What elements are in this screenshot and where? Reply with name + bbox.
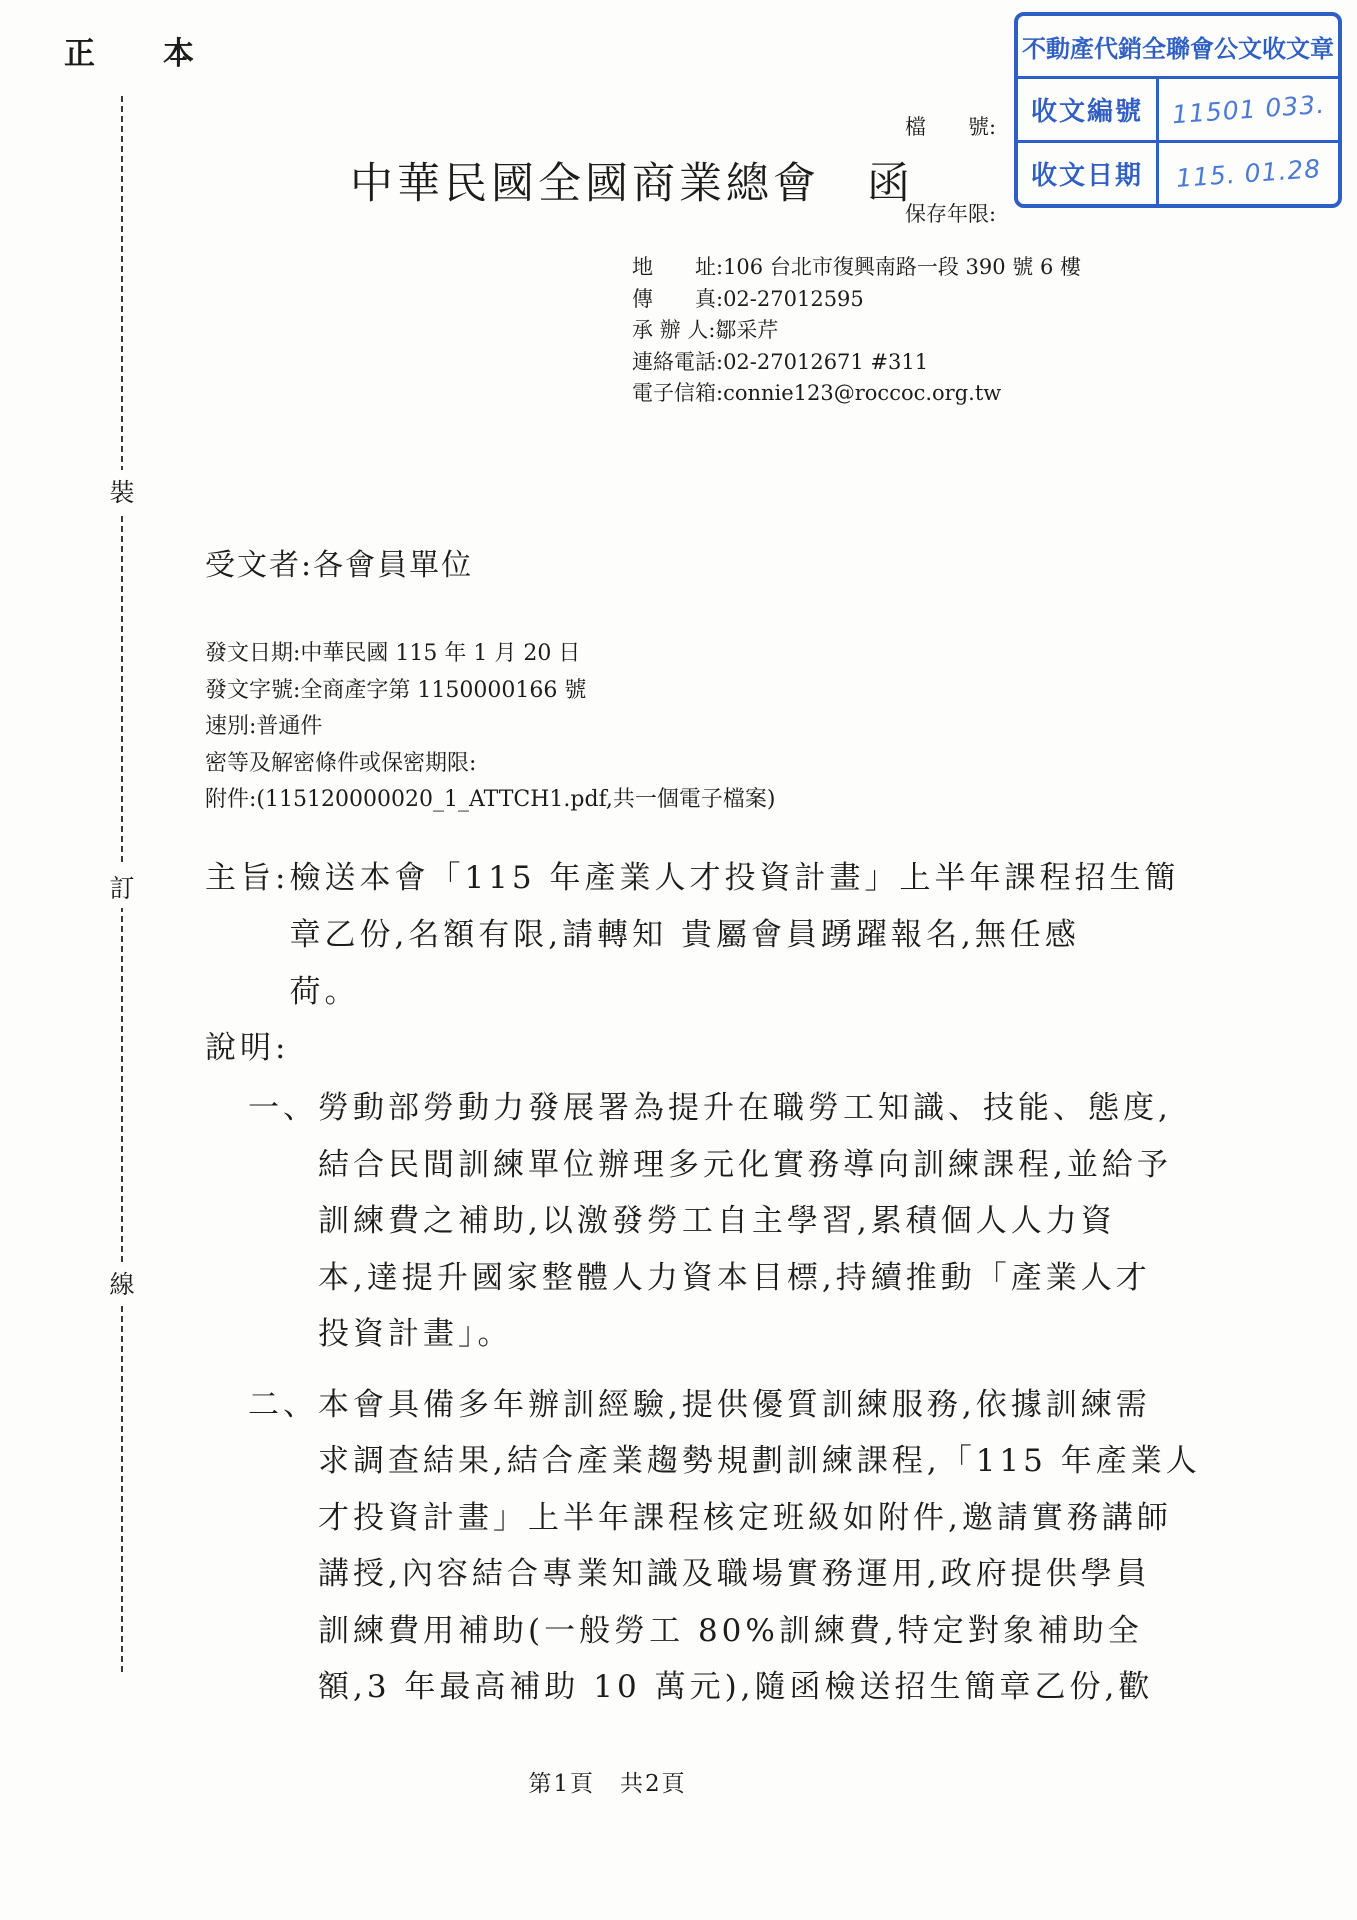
document-meta-line: 速別:普通件 xyxy=(205,709,776,746)
document-meta-line: 附件:(115120000020_1_ATTCH1.pdf,共一個電子檔案) xyxy=(205,782,776,819)
explanation-label: 說明: xyxy=(205,1022,289,1067)
handwritten-value: 115. 01.28 xyxy=(1175,154,1322,193)
sender-contact-line: 電子信箱:connie123@roccoc.org.tw xyxy=(632,378,1081,410)
item-number: 一、 xyxy=(248,1080,318,1363)
item-line: 勞動部勞動力發展署為提升在職勞工知識、技能、態度, xyxy=(318,1080,1213,1137)
subject-line: 章乙份,名額有限,請轉知 貴屬會員踴躍報名,無任感 xyxy=(289,907,1189,964)
sender-contact-line: 承 辦 人:鄒采芹 xyxy=(632,315,1081,347)
item-line: 才投資計畫」上半年課程核定班級如附件,邀請實務講師 xyxy=(318,1490,1213,1547)
scanned-official-letter: 正 本 裝 訂 線 檔 號: 保存年限: 不動產代銷全聯會公文收文章 收文編號 … xyxy=(0,0,1357,1920)
explanation-items: 一、 勞動部勞動力發展署為提升在職勞工知識、技能、態度,結合民間訓練單位辦理多元… xyxy=(248,1080,1213,1730)
stamp-title: 不動產代銷全聯會公文收文章 xyxy=(1018,16,1338,79)
stamp-row: 收文日期 115. 01.28 xyxy=(1018,140,1338,204)
item-line: 本會具備多年辦訓經驗,提供優質訓練服務,依據訓練需 xyxy=(318,1377,1213,1434)
stamp-row-value: 115. 01.28 xyxy=(1159,143,1338,204)
subject-line: 檢送本會「115 年產業人才投資計畫」上半年課程招生簡 xyxy=(289,850,1189,907)
margin-mark-zhuang: 裝 xyxy=(102,470,142,512)
item-line: 額,3 年最高補助 10 萬元),隨函檢送招生簡章乙份,歡 xyxy=(318,1659,1213,1716)
document-meta-line: 發文日期:中華民國 115 年 1 月 20 日 xyxy=(205,636,776,673)
sender-contact-line: 地 址:106 台北市復興南路一段 390 號 6 樓 xyxy=(632,252,1081,284)
item-line: 訓練費用補助(一般勞工 80%訓練費,特定對象補助全 xyxy=(318,1603,1213,1660)
sender-contact-block: 地 址:106 台北市復興南路一段 390 號 6 樓傳 真:02-270125… xyxy=(632,252,1081,410)
explanation-item: 二、 本會具備多年辦訓經驗,提供優質訓練服務,依據訓練需求調查結果,結合產業趨勢… xyxy=(248,1377,1213,1716)
document-meta-line: 發文字號:全商產字第 1150000166 號 xyxy=(205,673,776,710)
item-line: 投資計畫」。 xyxy=(318,1306,1213,1363)
subject-label: 主旨: xyxy=(205,850,289,1021)
stamp-row: 收文編號 11501 033. xyxy=(1018,79,1338,140)
received-stamp: 不動產代銷全聯會公文收文章 收文編號 11501 033. 收文日期 115. … xyxy=(1014,12,1342,208)
explanation-item: 一、 勞動部勞動力發展署為提升在職勞工知識、技能、態度,結合民間訓練單位辦理多元… xyxy=(248,1080,1213,1363)
recipient-line: 受文者:各會員單位 xyxy=(205,540,473,584)
item-lines: 勞動部勞動力發展署為提升在職勞工知識、技能、態度,結合民間訓練單位辦理多元化實務… xyxy=(318,1080,1213,1363)
margin-mark-xian: 線 xyxy=(102,1262,142,1304)
sender-contact-line: 傳 真:02-27012595 xyxy=(632,284,1081,316)
letter-title: 中華民國全國商業總會 函 xyxy=(350,150,914,211)
subject-line: 荷。 xyxy=(289,964,1189,1021)
subject-section: 主旨: 檢送本會「115 年產業人才投資計畫」上半年課程招生簡章乙份,名額有限,… xyxy=(205,850,1189,1021)
document-meta-line: 密等及解密條件或保密期限: xyxy=(205,746,776,783)
item-number: 二、 xyxy=(248,1377,318,1716)
item-line: 求調查結果,結合產業趨勢規劃訓練課程,「115 年產業人 xyxy=(318,1433,1213,1490)
handwritten-value: 11501 033. xyxy=(1171,90,1326,130)
stamp-row-label: 收文編號 xyxy=(1018,79,1159,140)
margin-mark-ding: 訂 xyxy=(102,866,142,908)
stamp-row-value: 11501 033. xyxy=(1159,79,1338,140)
item-line: 訓練費之補助,以激發勞工自主學習,累積個人人力資 xyxy=(318,1193,1213,1250)
item-line: 講授,內容結合專業知識及職場實務運用,政府提供學員 xyxy=(318,1546,1213,1603)
item-line: 本,達提升國家整體人力資本目標,持續推動「產業人才 xyxy=(318,1250,1213,1307)
stamp-rows: 收文編號 11501 033. 收文日期 115. 01.28 xyxy=(1018,79,1338,204)
retention-label: 保存年限: xyxy=(905,200,996,229)
stamp-row-label: 收文日期 xyxy=(1018,143,1159,204)
copy-type-label: 正 本 xyxy=(64,28,196,73)
subject-lines: 檢送本會「115 年產業人才投資計畫」上半年課程招生簡章乙份,名額有限,請轉知 … xyxy=(289,850,1189,1021)
sender-contact-line: 連絡電話:02-27012671 #311 xyxy=(632,347,1081,379)
page-footer: 第1頁 共2頁 xyxy=(0,1765,1215,1798)
file-no-label: 檔 號: xyxy=(905,113,996,142)
item-lines: 本會具備多年辦訓經驗,提供優質訓練服務,依據訓練需求調查結果,結合產業趨勢規劃訓… xyxy=(318,1377,1213,1716)
document-meta-block: 發文日期:中華民國 115 年 1 月 20 日發文字號:全商產字第 11500… xyxy=(205,636,776,819)
item-line: 結合民間訓練單位辦理多元化實務導向訓練課程,並給予 xyxy=(318,1137,1213,1194)
